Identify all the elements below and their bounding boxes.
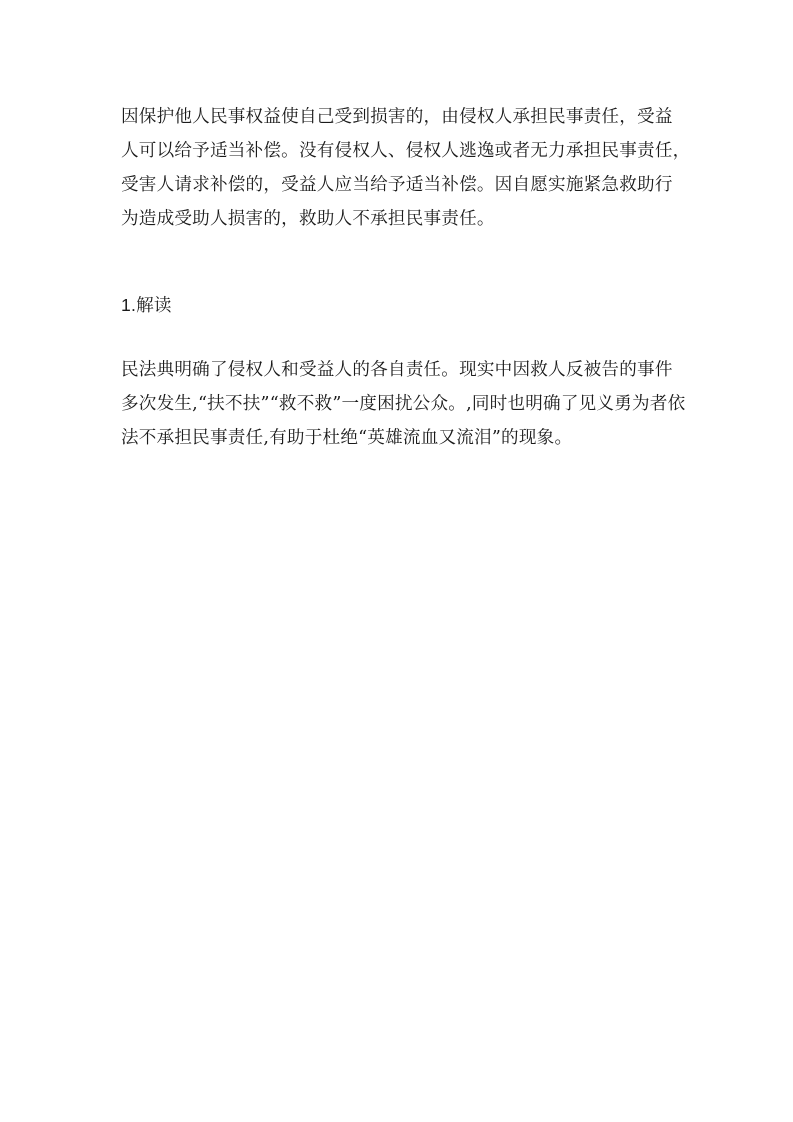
section-heading: 1.解读 [121, 288, 681, 322]
text-line: 多次发生,“扶不扶”“救不救”一度困扰公众。,同时也明确了见义勇为者依 [121, 387, 681, 421]
heading-text: 1.解读 [121, 288, 681, 322]
paragraph-law-text: 因保护他人民事权益使自己受到损害的，由侵权人承担民事责任，受益 人可以给予适当补… [121, 100, 681, 236]
paragraph-interpretation: 民法典明确了侵权人和受益人的各自责任。现实中因救人反被告的事件 多次发生,“扶不… [121, 353, 681, 455]
text-line: 因保护他人民事权益使自己受到损害的，由侵权人承担民事责任，受益 [121, 100, 681, 134]
text-line: 为造成受助人损害的，救助人不承担民事责任。 [121, 202, 681, 236]
text-line: 法不承担民事责任,有助于杜绝“英雄流血又流泪”的现象。 [121, 421, 681, 455]
text-line: 民法典明确了侵权人和受益人的各自责任。现实中因救人反被告的事件 [121, 353, 681, 387]
text-line: 人可以给予适当补偿。没有侵权人、侵权人逃逸或者无力承担民事责任， [121, 134, 681, 168]
text-line: 受害人请求补偿的，受益人应当给予适当补偿。因自愿实施紧急救助行 [121, 168, 681, 202]
